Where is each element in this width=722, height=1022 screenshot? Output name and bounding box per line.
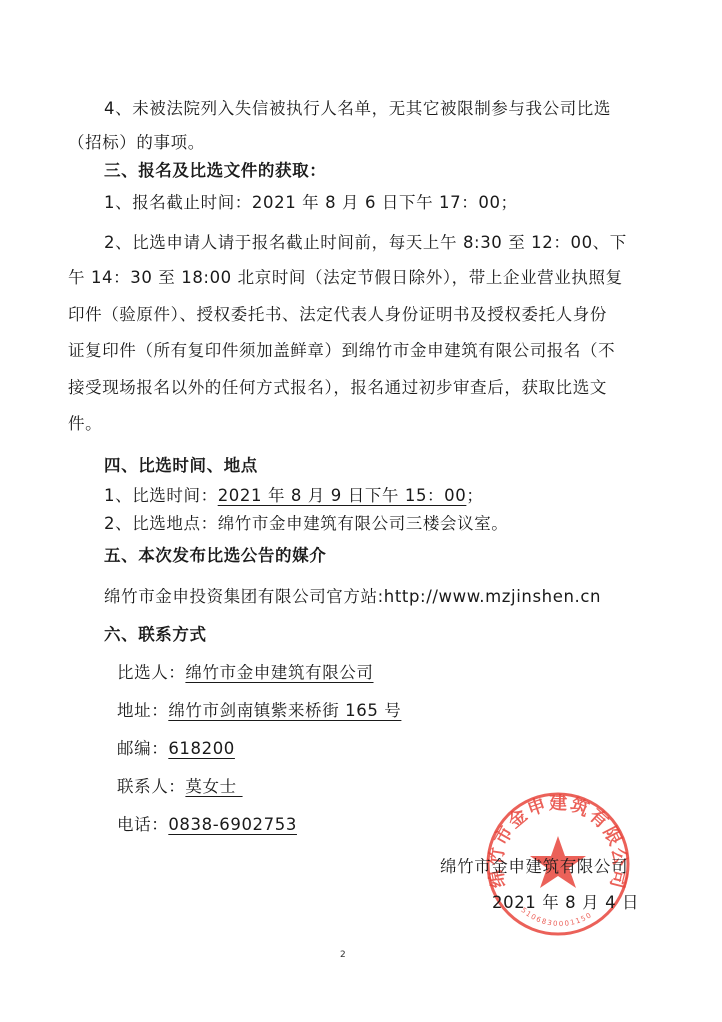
contact-label: 地址： xyxy=(117,701,168,720)
selection-location: 2、比选地点：绵竹市金申建筑有限公司三楼会议室。 xyxy=(104,513,508,535)
contact-row-address: 地址：绵竹市剑南镇紫来桥街 165 号 xyxy=(117,700,401,722)
paragraph-line: 4、未被法院列入失信被执行人名单，无其它被限制参与我公司比选 xyxy=(104,98,611,120)
paragraph-line: 证复印件（所有复印件须加盖鲜章）到绵竹市金申建筑有限公司报名（不 xyxy=(68,340,615,362)
contact-value: 绵竹市金申建筑有限公司 xyxy=(185,663,373,682)
page-number: 2 xyxy=(340,950,346,960)
section-heading-5: 五、本次发布比选公告的媒介 xyxy=(104,545,326,567)
paragraph-line: 件。 xyxy=(68,413,102,435)
contact-label: 电话： xyxy=(117,815,168,834)
contact-value: 莫女士 xyxy=(185,777,242,796)
paragraph-line: （招标）的事项。 xyxy=(68,132,205,154)
contact-row-person: 联系人：莫女士 xyxy=(117,776,243,798)
section-heading-3: 三、报名及比选文件的获取： xyxy=(104,160,326,182)
paragraph-line: 印件（验原件）、授权委托书、法定代表人身份证明书及授权委托人身份 xyxy=(68,304,607,326)
contact-label: 联系人： xyxy=(117,777,185,796)
selection-time-label: 1、比选时间： xyxy=(104,486,218,505)
selection-time-value: 2021 年 8 月 9 日下午 15：00 xyxy=(218,486,467,505)
signature-date: 2021 年 8 月 4 日 xyxy=(492,892,639,914)
contact-value: 618200 xyxy=(168,739,235,758)
deadline-label: 1、报名截止时间： xyxy=(104,193,252,212)
contact-row-phone: 电话：0838-6902753 xyxy=(117,814,297,836)
deadline-value: 2021 年 8 月 6 日下午 17：00； xyxy=(252,193,518,212)
selection-time: 1、比选时间：2021 年 8 月 9 日下午 15：00； xyxy=(104,485,483,507)
section-heading-6: 六、联系方式 xyxy=(104,624,207,646)
paragraph-line: 2、比选申请人请于报名截止时间前，每天上午 8:30 至 12：00、下 xyxy=(104,232,627,254)
contact-value: 0838-6902753 xyxy=(168,815,297,834)
contact-value: 绵竹市剑南镇紫来桥街 165 号 xyxy=(168,701,401,720)
contact-label: 邮编： xyxy=(117,739,168,758)
contact-label: 比选人： xyxy=(117,663,185,682)
section-heading-4: 四、比选时间、地点 xyxy=(104,455,258,477)
paragraph-line: 午 14：30 至 18:00 北京时间（法定节假日除外），带上企业营业执照复 xyxy=(68,267,623,289)
contact-row-postcode: 邮编：618200 xyxy=(117,738,235,760)
signature-company: 绵竹市金申建筑有限公司 xyxy=(440,856,628,878)
registration-deadline: 1、报名截止时间：2021 年 8 月 6 日下午 17：00； xyxy=(104,192,518,214)
contact-row-selector: 比选人：绵竹市金申建筑有限公司 xyxy=(117,662,374,684)
selection-time-suffix: ； xyxy=(466,486,483,505)
paragraph-line: 接受现场报名以外的任何方式报名），报名通过初步审查后，获取比选文 xyxy=(68,377,607,399)
media-website: 绵竹市金申投资集团有限公司官方站:http://www.mzjinshen.cn xyxy=(104,586,601,608)
